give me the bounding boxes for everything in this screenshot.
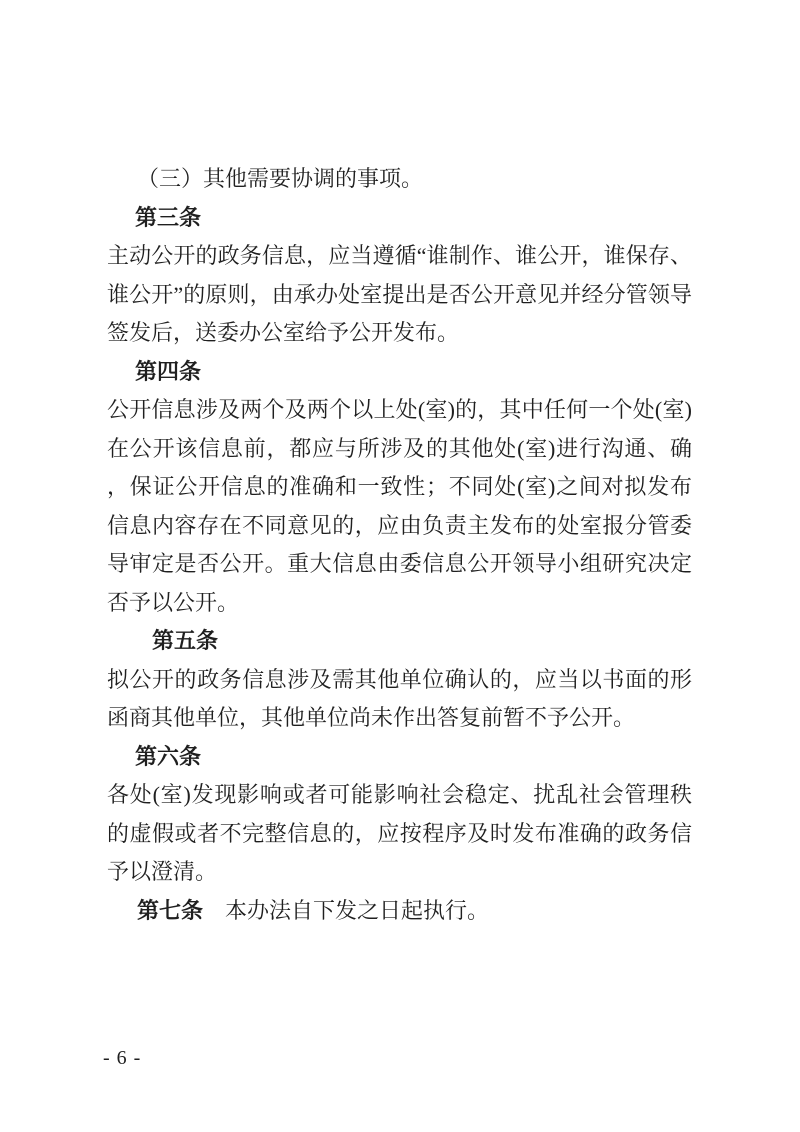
body-text: 否予以公开。 bbox=[107, 590, 239, 615]
body-line: 各处(室)发现影响或者可能影响社会稳定、扰乱社会管理秩序 bbox=[107, 776, 692, 815]
page: （三）其他需要协调的事项。第三条主动公开的政务信息，应当遵循“谁制作、谁公开，谁… bbox=[0, 0, 800, 1132]
heading-text: 第四条 bbox=[135, 359, 201, 384]
article-heading-5: 第五条 bbox=[107, 622, 692, 661]
body-text: 在公开该信息前，都应与所涉及的其他处(室)进行沟通、确认 bbox=[107, 436, 692, 469]
body-line: 导审定是否公开。重大信息由委信息公开领导小组研究决定是 bbox=[107, 545, 692, 584]
body-text: 主动公开的政务信息，应当遵循“谁制作、谁公开，谁保存、 bbox=[107, 243, 692, 268]
body-line: 谁公开”的原则，由承办处室提出是否公开意见并经分管领导 bbox=[107, 276, 692, 315]
body-text: ，保证公开信息的准确和一致性；不同处(室)之间对拟发布的 bbox=[107, 474, 692, 507]
body-text: 予以澄清。 bbox=[107, 859, 217, 884]
body-line: 予以澄清。 bbox=[107, 853, 692, 892]
body-text: 导审定是否公开。重大信息由委信息公开领导小组研究决定是 bbox=[107, 551, 692, 584]
body-text: 签发后，送委办公室给予公开发布。 bbox=[107, 320, 459, 345]
document-body: （三）其他需要协调的事项。第三条主动公开的政务信息，应当遵循“谁制作、谁公开，谁… bbox=[107, 160, 692, 930]
body-text: 信息内容存在不同意见的，应由负责主发布的处室报分管委领 bbox=[107, 513, 692, 546]
body-text: 公开信息涉及两个及两个以上处(室)的，其中任何一个处(室) bbox=[107, 397, 692, 422]
body-text: 各处(室)发现影响或者可能影响社会稳定、扰乱社会管理秩序 bbox=[107, 782, 692, 815]
body-text: 函商其他单位，其他单位尚未作出答复前暂不予公开。 bbox=[107, 705, 635, 730]
heading-text: 第五条 bbox=[152, 628, 218, 653]
body-line: 主动公开的政务信息，应当遵循“谁制作、谁公开，谁保存、 bbox=[107, 237, 692, 276]
body-line: 的虚假或者不完整信息的，应按程序及时发布准确的政务信息 bbox=[107, 815, 692, 854]
body-text: （三）其他需要协调的事项。 bbox=[137, 166, 423, 191]
list-item-3: （三）其他需要协调的事项。 bbox=[107, 160, 692, 199]
scanned-document-page: { "page": { "number_label": "- 6 -", "ba… bbox=[0, 0, 800, 1132]
page-number: - 6 - bbox=[103, 1047, 141, 1070]
body-line: 信息内容存在不同意见的，应由负责主发布的处室报分管委领 bbox=[107, 507, 692, 546]
body-text: 本办法自下发之日起执行。 bbox=[203, 898, 489, 923]
body-line: 函商其他单位，其他单位尚未作出答复前暂不予公开。 bbox=[107, 699, 692, 738]
article-heading-6: 第六条 bbox=[107, 738, 692, 777]
article-heading-3: 第三条 bbox=[107, 199, 692, 238]
heading-text: 第三条 bbox=[135, 205, 201, 230]
body-line: 否予以公开。 bbox=[107, 584, 692, 623]
body-line: 公开信息涉及两个及两个以上处(室)的，其中任何一个处(室) bbox=[107, 391, 692, 430]
body-line: 签发后，送委办公室给予公开发布。 bbox=[107, 314, 692, 353]
body-line: 拟公开的政务信息涉及需其他单位确认的，应当以书面的形式 bbox=[107, 661, 692, 700]
body-line: 在公开该信息前，都应与所涉及的其他处(室)进行沟通、确认 bbox=[107, 430, 692, 469]
article-7-line: 第七条 本办法自下发之日起执行。 bbox=[107, 892, 692, 931]
body-text: 谁公开”的原则，由承办处室提出是否公开意见并经分管领导 bbox=[107, 282, 692, 307]
heading-text: 第六条 bbox=[135, 744, 201, 769]
body-text: 拟公开的政务信息涉及需其他单位确认的，应当以书面的形式 bbox=[107, 667, 692, 700]
article-heading-4: 第四条 bbox=[107, 353, 692, 392]
body-line: ，保证公开信息的准确和一致性；不同处(室)之间对拟发布的 bbox=[107, 468, 692, 507]
heading-text: 第七条 bbox=[137, 898, 203, 923]
body-text: 的虚假或者不完整信息的，应按程序及时发布准确的政务信息 bbox=[107, 821, 692, 854]
